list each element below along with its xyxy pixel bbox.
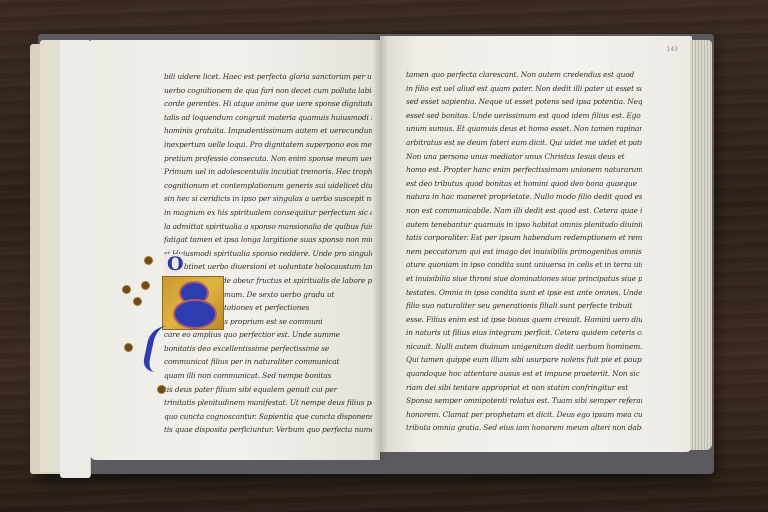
text-line: pretium professio consecuta. Non enim sp… xyxy=(164,152,372,166)
text-line: tamen quo perfecta clarescant. Non autem… xyxy=(406,68,642,82)
text-line: Qui tamen quippe eum illum sibi usurpare… xyxy=(406,353,642,367)
text-line: et inuisibilia siue throni siue dominati… xyxy=(406,272,642,286)
text-line: autem tenebantur quamuis in ipso habitat… xyxy=(406,218,642,232)
text-line: esset sed bonitas. Unde uerissimum est q… xyxy=(406,109,642,123)
text-line: bili uidere licet. Haec est perfecta glo… xyxy=(164,70,372,84)
text-line: care eo amplius quo perfectior est. Unde… xyxy=(164,328,372,342)
gold-dot-ornament xyxy=(125,344,132,351)
text-line: esse. Filius enim est ut ipse bonus quem… xyxy=(406,313,642,327)
text-line: homo est. Propter hanc enim perfectissim… xyxy=(406,163,642,177)
text-line: uerbo cognitionem de qua fari non decet … xyxy=(164,84,372,98)
text-line: nicauit. Nulli autem diuinum unigenitum … xyxy=(406,340,642,354)
text-line: Sponsa semper omnipotenti relatus est. T… xyxy=(406,394,642,408)
text-line: ature quoniam in ipso condita sunt uniue… xyxy=(406,258,642,272)
left-page: bili uidere licet. Haec est perfecta glo… xyxy=(90,40,380,460)
text-line: communicat filius per in naturaliter com… xyxy=(164,355,372,369)
text-line: unum sumus. Et quamuis deus et homo esse… xyxy=(406,122,642,136)
text-line: non est communicabile. Nam illi dedit es… xyxy=(406,204,642,218)
gold-dot-ornament xyxy=(123,286,130,293)
text-line: Non una persona unus mediator unus Chris… xyxy=(406,150,642,164)
text-line: riam dei sibi tentare appropriat et non … xyxy=(406,381,642,395)
text-line: cognitionum et contemplationum generis s… xyxy=(164,179,372,193)
text-line: si Huiusmodi spiritualia sponso reddere.… xyxy=(164,247,372,261)
text-line: talis ad loquendum congruit materia quam… xyxy=(164,111,372,125)
text-line: sin hec si ceridicis in ipso per singula… xyxy=(164,192,372,206)
gold-dot-ornament xyxy=(134,298,141,305)
text-line: est deo tributus quod bonitas et homini … xyxy=(406,177,642,191)
initial-s-lower-loop xyxy=(173,299,217,329)
text-line: arbitratus est se deum fateri eum dicit.… xyxy=(406,136,642,150)
gold-dot-ornament xyxy=(158,386,165,393)
text-line: in filio est uel aliud est quam pater. N… xyxy=(406,82,642,96)
text-line: la admittat spiritualia a sponso mansion… xyxy=(164,220,372,234)
text-line: filio suo naturaliter seu generationis f… xyxy=(406,299,642,313)
gold-dot-ornament xyxy=(142,282,149,289)
right-page: 143 tamen quo perfecta clarescant. Non a… xyxy=(380,36,692,452)
text-line: hominis gratuita. Impudentissimum autem … xyxy=(164,124,372,138)
text-line: in magnum ex his spiritualem consequitur… xyxy=(164,206,372,220)
text-line: corde gerentes. Hi atque anime que uere … xyxy=(164,97,372,111)
text-line: quam illi non communicat. Sed nempe boni… xyxy=(164,369,372,383)
text-line: bonitatis deo excellentissime perfectiss… xyxy=(164,342,372,356)
text-line: quandoque hoc attentare ausus est et imp… xyxy=(406,367,642,381)
book-gutter xyxy=(372,36,388,460)
text-line: tis quae disposita perficiuntur. Verbum … xyxy=(164,423,372,437)
right-page-edges xyxy=(690,40,712,450)
illuminated-initial-s xyxy=(162,276,224,330)
illuminated-initial-o: O xyxy=(164,254,184,274)
text-line: tributa omnia gratia. Sed eius iam honor… xyxy=(406,421,642,435)
left-page-text: bili uidere licet. Haec est perfecta glo… xyxy=(164,70,372,437)
text-line: tatis corporaliter. Est per ipsum habend… xyxy=(406,231,642,245)
text-line: honorem. Clamat per prophetam et dicit. … xyxy=(406,408,642,422)
right-page-text: tamen quo perfecta clarescant. Non autem… xyxy=(406,68,642,435)
text-line: trinitatis plenitudinem manifestat. Ut n… xyxy=(164,396,372,410)
text-line: inexpertum uelle loqui. Pro dignitatem s… xyxy=(164,138,372,152)
text-line: nem peccatorum qui est imago dei inuisib… xyxy=(406,245,642,259)
text-line: natura in hac maneret proprietate. Nullo… xyxy=(406,190,642,204)
folio-number: 143 xyxy=(667,46,678,53)
text-line: in naturis ut filius eius integram perfi… xyxy=(406,326,642,340)
text-line: Primum uel in adolescentulis incutiat tr… xyxy=(164,165,372,179)
text-line: sed esset sapientia. Neque ut esset pote… xyxy=(406,95,642,109)
text-line: tis deus pater filium sibi equalem genui… xyxy=(164,383,372,397)
text-line: fatigat tamen et ipsa longa largitione s… xyxy=(164,233,372,247)
text-line: quo cuncta cognoscantur. Sapientia que c… xyxy=(164,410,372,424)
gold-dot-ornament xyxy=(145,257,152,264)
text-line: testates. Omnia in ipso condita sunt et … xyxy=(406,286,642,300)
page-edges xyxy=(60,40,91,478)
text-line: que obtinet uerbo diuersioni et uoluntat… xyxy=(164,260,372,274)
initial-letter: O xyxy=(167,254,184,274)
